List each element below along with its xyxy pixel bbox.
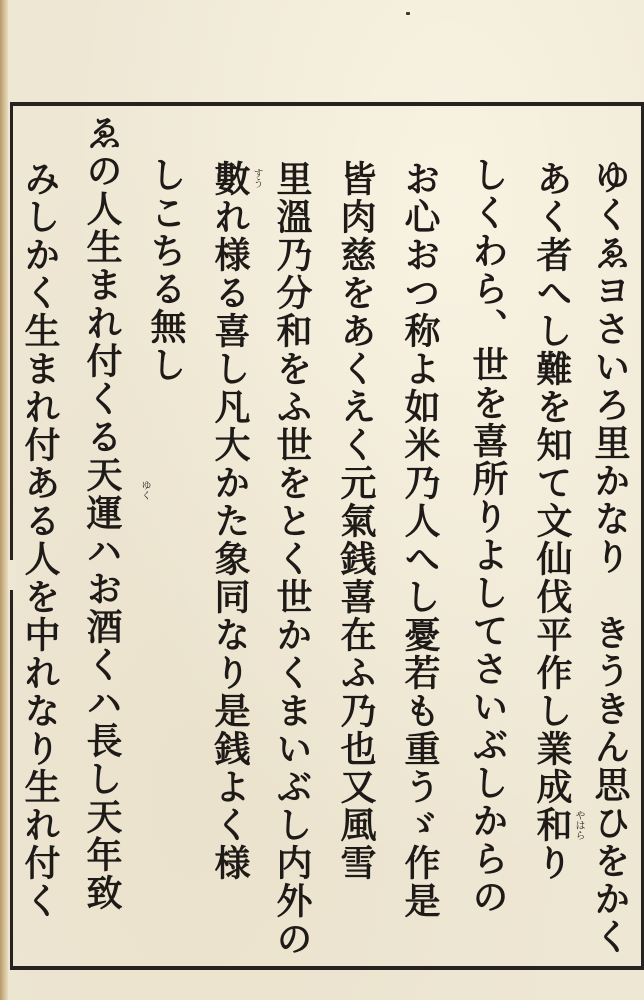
- text-column-4: お心おつ称よ如米乃人へし憂若も重うゞ作是: [400, 160, 440, 920]
- book-page: ゆくゑヨさいろ里かなり きうきん思ひをかく あく者へし難を知て文仙伐平作し業成和…: [0, 0, 644, 1000]
- text-column-3: しくわら、世を喜所りよしてさいぶしからの: [468, 156, 508, 916]
- text-column-5: 皆肉慈をあくえく元氣銭喜在ふ乃也又風雪: [336, 160, 376, 882]
- text-column-7: 數れ様る喜し凡大かた象同なり是銭よく様: [210, 160, 250, 882]
- ruby-annotation: ゆく: [138, 480, 150, 500]
- ruby-annotation: すう: [250, 168, 262, 188]
- ruby-annotation: やはら: [572, 810, 584, 840]
- ink-speck: [406, 12, 410, 15]
- frame-border-gap: [8, 560, 16, 590]
- text-column-10: みしかく生まれ付ある人を中れなり生れ付く: [20, 160, 60, 920]
- text-column-6: 里溫乃分和をふ世をとく世かくまいぶし内外の: [272, 160, 312, 958]
- text-column-9: ゑの人生まれ付くる天運ハお酒くハ長し天年致: [82, 114, 122, 912]
- book-binding-edge: [0, 0, 8, 1000]
- text-column-8: しこちる無し: [146, 156, 186, 384]
- text-column-1: ゆくゑヨさいろ里かなり きうきん思ひをかく: [590, 158, 630, 956]
- text-column-2: あく者へし難を知て文仙伐平作し業成和り: [532, 160, 572, 882]
